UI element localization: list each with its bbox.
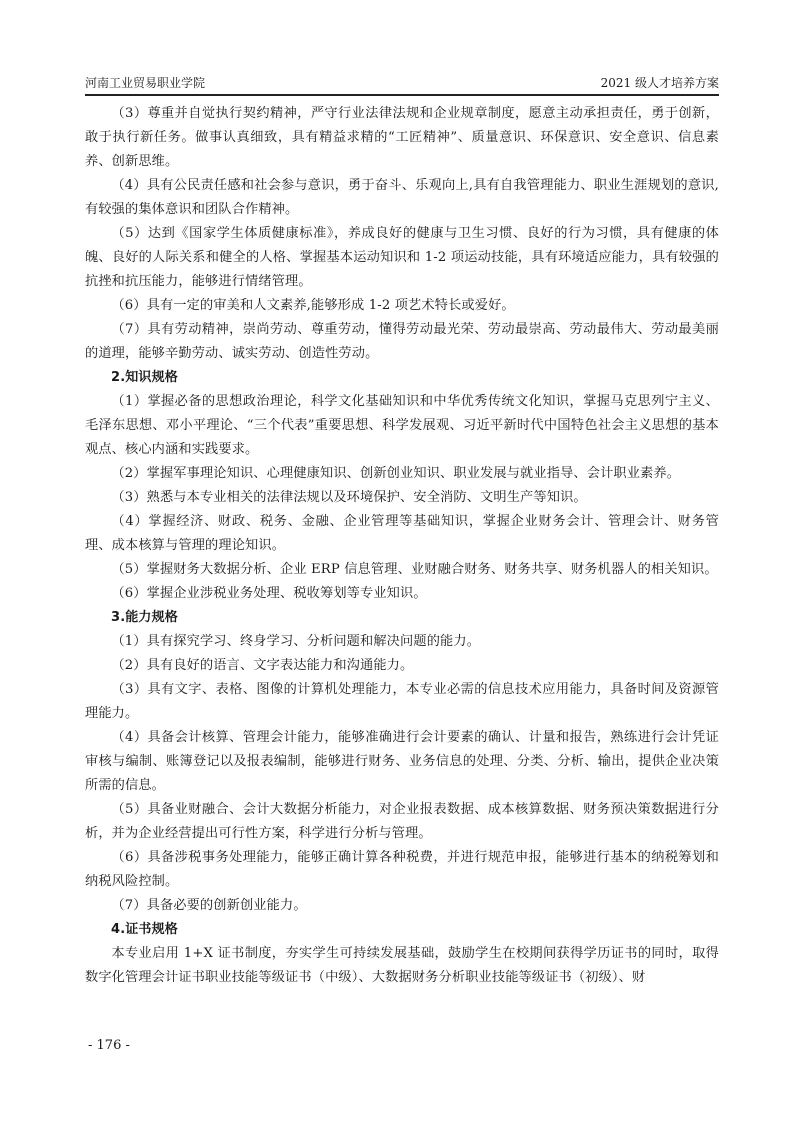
ability-item-6: （6）具备涉税事务处理能力，能够正确计算各种税费，并进行规范申报，能够进行基本的… xyxy=(85,846,719,894)
quality-item-3: （3）尊重并自觉执行契约精神，严守行业法律法规和企业规章制度，愿意主动承担责任，… xyxy=(85,102,719,174)
header-document-title: 2021 级人才培养方案 xyxy=(601,73,719,93)
quality-item-5: （5）达到《国家学生体质健康标准》，养成良好的健康与卫生习惯、良好的行为习惯，具… xyxy=(85,222,719,294)
knowledge-item-5: （5）掌握财务大数据分析、企业 ERP 信息管理、业财融合财务、财务共享、财务机… xyxy=(85,558,719,582)
header-institution: 河南工业贸易职业学院 xyxy=(85,73,205,93)
ability-item-5: （5）具备业财融合、会计大数据分析能力，对企业报表数据、成本核算数据、财务预决策… xyxy=(85,798,719,846)
certificate-paragraph: 本专业启用 1+X 证书制度，夯实学生可持续发展基础，鼓励学生在校期间获得学历证… xyxy=(85,942,719,990)
ability-item-3: （3）具有文字、表格、图像的计算机处理能力，本专业必需的信息技术应用能力，具备时… xyxy=(85,678,719,726)
section-heading-ability: 3.能力规格 xyxy=(85,606,719,630)
page-header: 河南工业贸易职业学院 2021 级人才培养方案 xyxy=(85,73,719,93)
quality-item-4: （4）具有公民责任感和社会参与意识，勇于奋斗、乐观向上,具有自我管理能力、职业生… xyxy=(85,174,719,222)
quality-item-7: （7）具有劳动精神，崇尚劳动、尊重劳动，懂得劳动最光荣、劳动最崇高、劳动最伟大、… xyxy=(85,318,719,366)
knowledge-item-3: （3）熟悉与本专业相关的法律法规以及环境保护、安全消防、文明生产等知识。 xyxy=(85,486,719,510)
knowledge-item-6: （6）掌握企业涉税业务处理、税收筹划等专业知识。 xyxy=(85,582,719,606)
knowledge-item-4: （4）掌握经济、财政、税务、金融、企业管理等基础知识，掌握企业财务会计、管理会计… xyxy=(85,510,719,558)
page-number: - 176 - xyxy=(88,1036,130,1056)
ability-item-2: （2）具有良好的语言、文字表达能力和沟通能力。 xyxy=(85,654,719,678)
section-heading-certificate: 4.证书规格 xyxy=(85,918,719,942)
quality-item-6: （6）具有一定的审美和人文素养,能够形成 1-2 项艺术特长或爱好。 xyxy=(85,294,719,318)
header-divider xyxy=(85,94,719,96)
knowledge-item-1: （1）掌握必备的思想政治理论，科学文化基础知识和中华优秀传统文化知识，掌握马克思… xyxy=(85,390,719,462)
ability-item-4: （4）具备会计核算、管理会计能力，能够准确进行会计要素的确认、计量和报告，熟练进… xyxy=(85,726,719,798)
ability-item-7: （7）具备必要的创新创业能力。 xyxy=(85,894,719,918)
page-body: （3）尊重并自觉执行契约精神，严守行业法律法规和企业规章制度，愿意主动承担责任，… xyxy=(85,102,719,990)
ability-item-1: （1）具有探究学习、终身学习、分析问题和解决问题的能力。 xyxy=(85,630,719,654)
knowledge-item-2: （2）掌握军事理论知识、心理健康知识、创新创业知识、职业发展与就业指导、会计职业… xyxy=(85,462,719,486)
section-heading-knowledge: 2.知识规格 xyxy=(85,366,719,390)
